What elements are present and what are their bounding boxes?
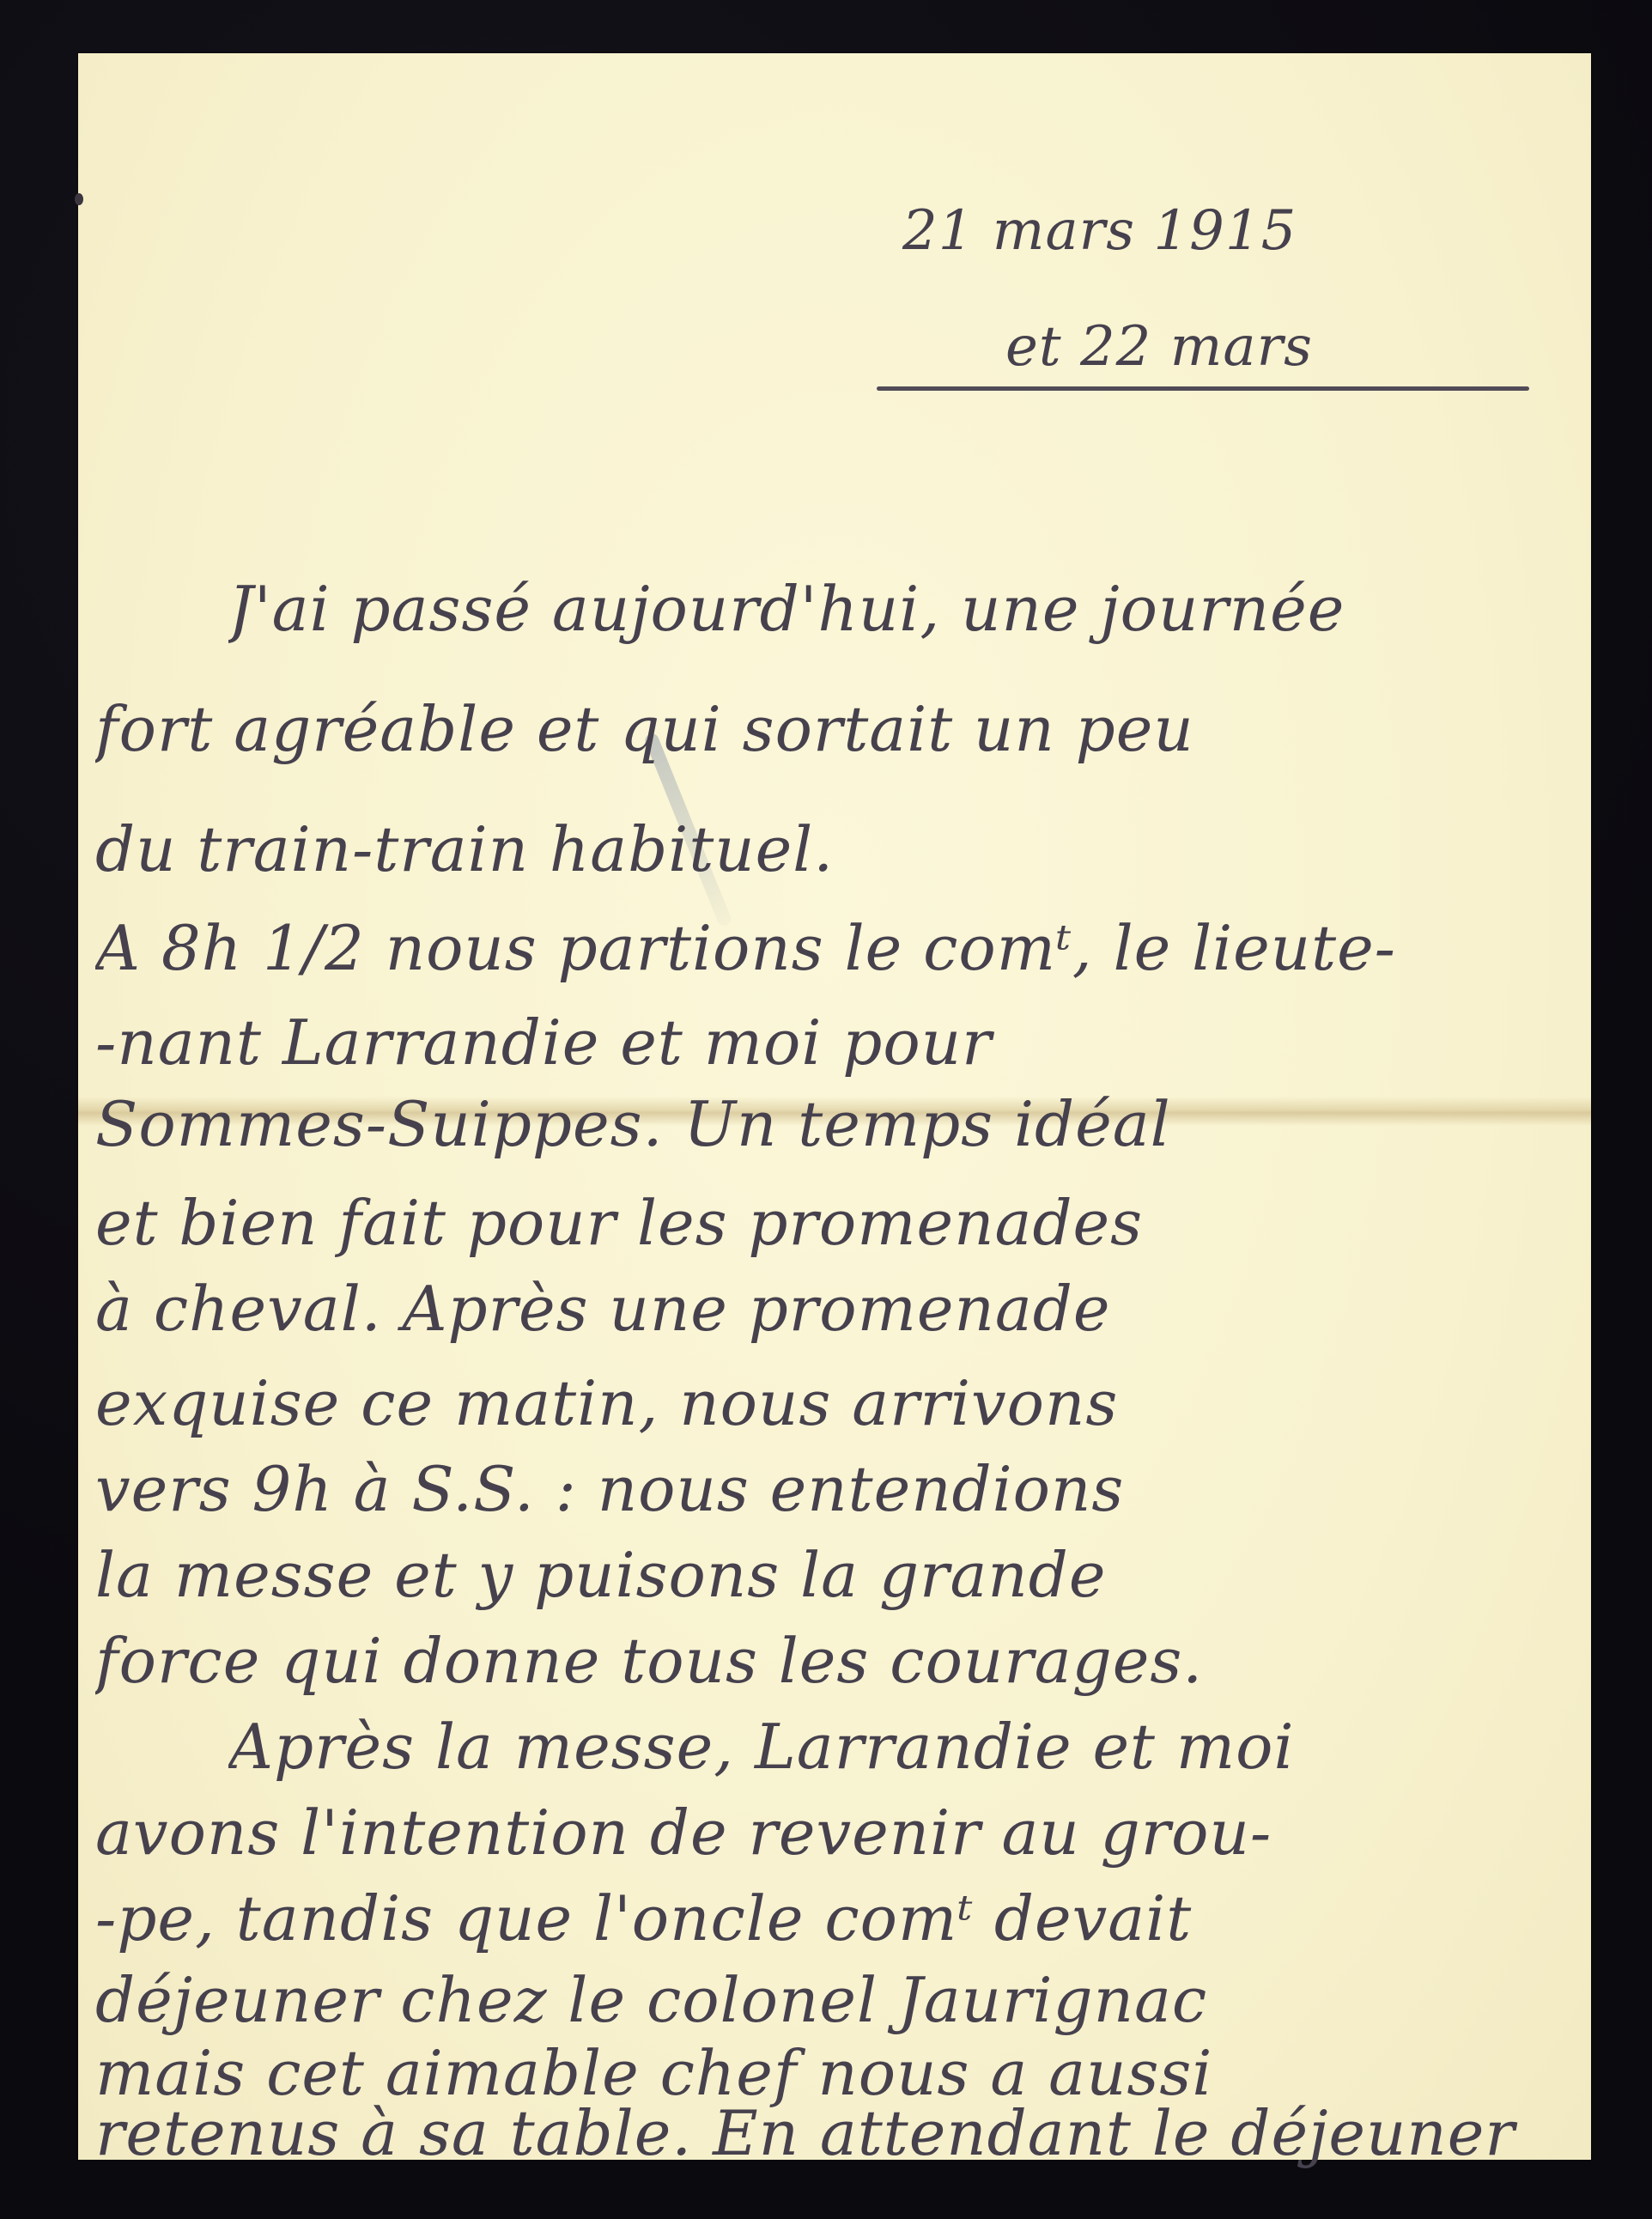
letter-body: J'ai passé aujourd'hui, une journée fort… — [78, 53, 1591, 2160]
body-line: retenus à sa table. En attendant le déje… — [95, 2097, 1572, 2169]
body-line: J'ai passé aujourd'hui, une journée — [228, 573, 1652, 645]
body-line: exquise ce matin, nous arrivons — [95, 1367, 1572, 1439]
body-line: du train-train habituel. — [95, 813, 1572, 885]
body-line: et bien fait pour les promenades — [95, 1187, 1572, 1259]
body-line: fort agréable et qui sortait un peu — [95, 693, 1572, 765]
body-line: Sommes-Suippes. Un temps idéal — [95, 1088, 1572, 1160]
body-line: force qui donne tous les courages. — [95, 1625, 1572, 1697]
body-line: vers 9h à S.S. : nous entendions — [95, 1453, 1572, 1525]
body-line: déjeuner chez le colonel Jaurignac — [95, 1964, 1572, 2036]
letter-page: 21 mars 1915 et 22 mars J'ai passé aujou… — [78, 53, 1591, 2160]
body-line: la messe et y puisons la grande — [95, 1539, 1572, 1611]
body-line: à cheval. Après une promenade — [95, 1273, 1572, 1345]
body-line: A 8h 1/2 nous partions le comᵗ, le lieut… — [95, 912, 1572, 984]
body-line: -pe, tandis que l'oncle comᵗ devait — [95, 1882, 1572, 1955]
body-line: -nant Larrandie et moi pour — [95, 1006, 1572, 1079]
body-line: avons l'intention de revenir au grou- — [95, 1796, 1572, 1869]
scanned-document: 21 mars 1915 et 22 mars J'ai passé aujou… — [0, 0, 1652, 2219]
body-line: Après la messe, Larrandie et moi — [228, 1711, 1652, 1783]
